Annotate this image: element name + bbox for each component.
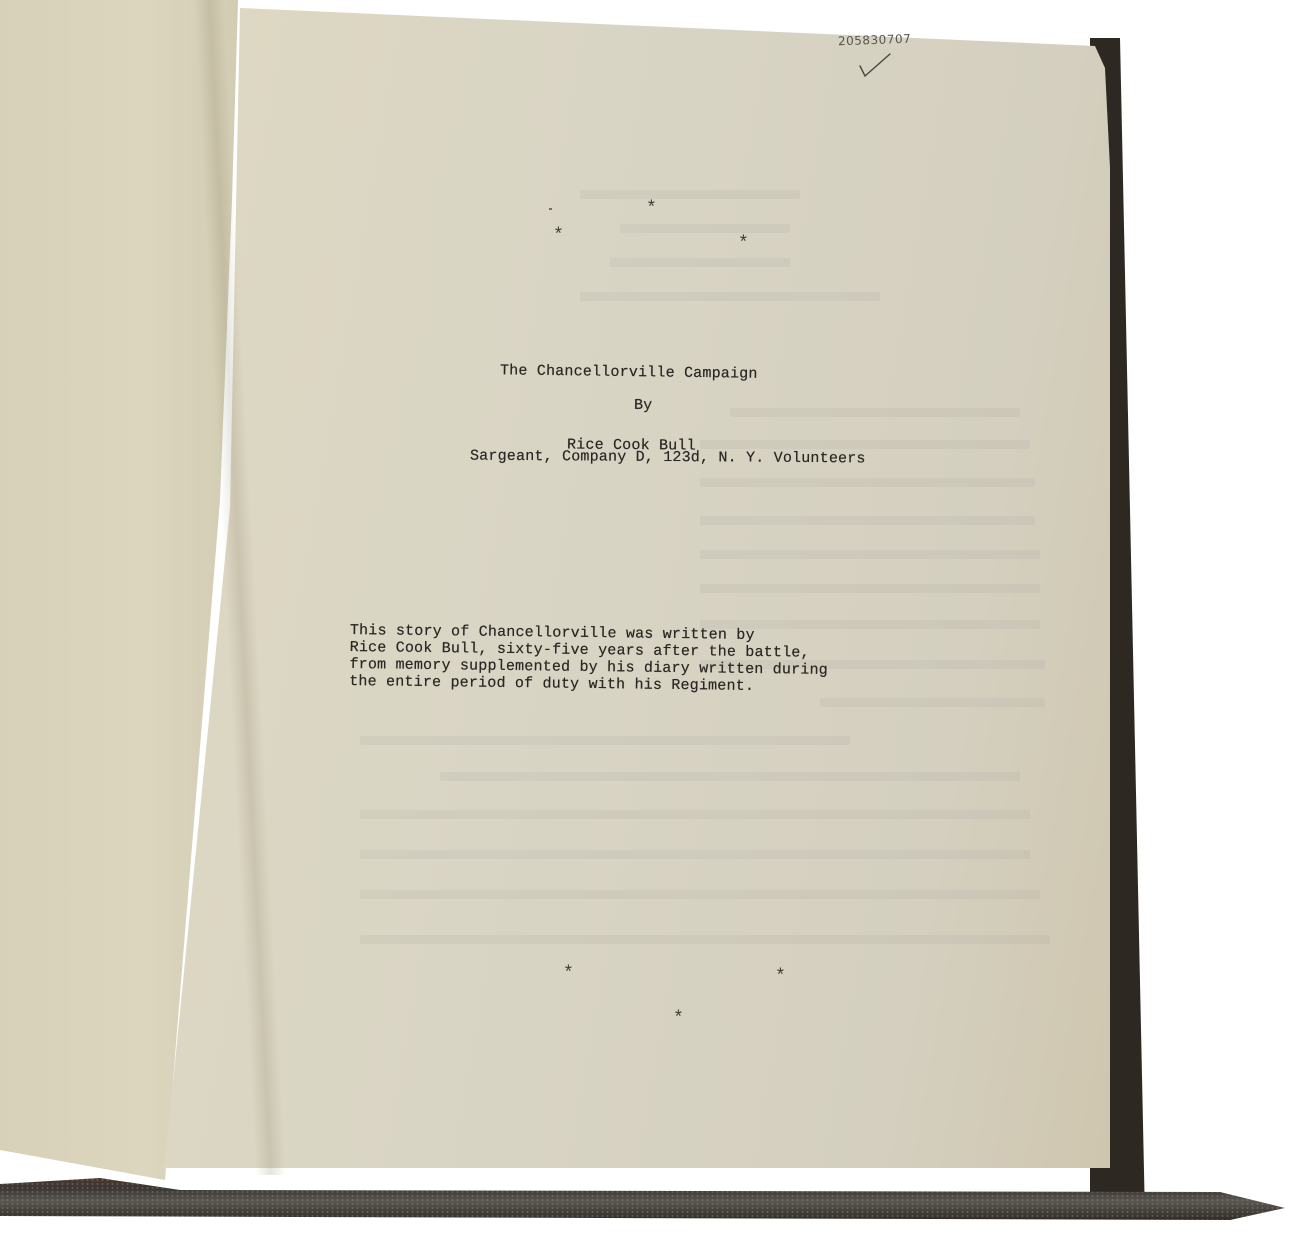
paper-speck bbox=[549, 208, 552, 210]
check-mark-icon bbox=[858, 52, 892, 78]
document-title: The Chancellorville Campaign bbox=[500, 362, 758, 383]
pencil-catalog-number: 205830707 bbox=[838, 32, 912, 49]
byline-label: By bbox=[634, 397, 653, 414]
asterisk-ornament: * bbox=[563, 965, 574, 983]
provenance-note: This story of Chancellorville was writte… bbox=[349, 622, 828, 696]
asterisk-ornament: * bbox=[553, 227, 564, 245]
asterisk-ornament: * bbox=[775, 968, 786, 986]
asterisk-ornament: * bbox=[738, 235, 749, 253]
asterisk-ornament: * bbox=[646, 200, 657, 218]
author-rank: Sargeant, Company D, 123d, N. Y. Volunte… bbox=[470, 448, 866, 468]
asterisk-ornament: * bbox=[673, 1010, 684, 1028]
open-book-scene: 205830707 * * * The Chancellorville Camp… bbox=[0, 0, 1300, 1235]
